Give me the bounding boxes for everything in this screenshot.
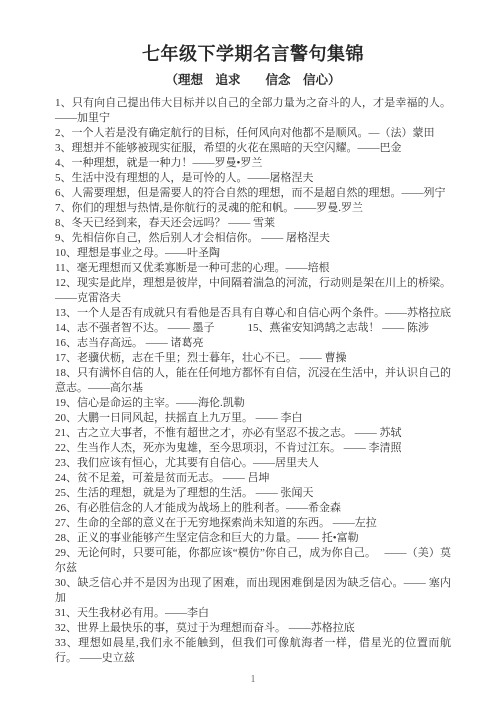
- quote-item: 6、人需要理想，但是需要人的符合自然的理想，而不是超自然的理想。——列宁: [55, 186, 451, 201]
- quote-item: 9、先相信你自己，然后别人才会相信你。 —— 屠格涅夫: [55, 231, 451, 246]
- quote-item: 22、生当作人杰，死亦为鬼雄，至今思项羽，不肯过江东。 —— 李清照: [55, 441, 451, 456]
- quote-item: 5、生活中没有理想的人，是可怜的人。——屠格涅夫: [55, 171, 451, 186]
- quote-item: 29、无论何时，只要可能，你都应该“模仿”你自己，成为你自己。 ——（美）莫尔兹: [55, 546, 451, 576]
- quote-item: 25、生活的理想，就是为了理想的生活。 —— 张闻天: [55, 486, 451, 501]
- page-title: 七年级下学期名言警句集锦: [55, 42, 451, 66]
- quote-item: 11、毫无理想而又优柔寡断是一种可悲的心理。——培根: [55, 261, 451, 276]
- quote-item: 31、天生我材必有用。——李白: [55, 606, 451, 621]
- quote-item: 13、一个人是否有成就只有看他是否具有自尊心和自信心两个条件。——苏格拉底: [55, 306, 451, 321]
- quote-item: 19、信心是命运的主宰。——海伦.凯勒: [55, 396, 451, 411]
- quote-item: 17、老骥伏枥，志在千里；烈士暮年，壮心不已。 —— 曹操: [55, 351, 451, 366]
- quote-item: 14、志不强者智不达。 —— 墨子 15、燕雀安知鸿鹄之志哉！ —— 陈涉: [55, 321, 451, 336]
- quote-item: 2、一个人若是没有确定航行的目标，任何风向对他都不是顺风。—（法）蒙田: [55, 126, 451, 141]
- quote-item: 4、一种理想，就是一种力！——罗曼•罗兰: [55, 156, 451, 171]
- quote-item: 8、冬天已经到来，春天还会远吗？ —— 雪莱: [55, 216, 451, 231]
- quote-item: 12、现实是此岸，理想是彼岸，中间隔着湍急的河流，行动则是架在川上的桥梁。——克…: [55, 276, 451, 306]
- quote-item: 30、缺乏信心并不是因为出现了困难，而出现困难倒是因为缺乏信心。—— 塞内加: [55, 576, 451, 606]
- quote-item: 16、志当存高远。 —— 诸葛亮: [55, 336, 451, 351]
- quote-item: 27、生命的全部的意义在于无穷地探索尚未知道的东西。 ——左拉: [55, 516, 451, 531]
- quote-item: 21、古之立大事者，不惟有超世之才，亦必有坚忍不拔之志。 —— 苏轼: [55, 426, 451, 441]
- quote-item: 1、只有向自己提出伟大目标并以自己的全部力量为之奋斗的人，才是幸福的人。 ——加…: [55, 96, 451, 126]
- quote-item: 10、理想是事业之母。——叶圣陶: [55, 246, 451, 261]
- quote-item: 28、正义的事业能够产生坚定信念和巨大的力量。—— 托•富勒: [55, 531, 451, 546]
- quote-item: 24、贫不足羞，可羞是贫而无志。 —— 吕坤: [55, 471, 451, 486]
- quote-item: 32、世界上最快乐的事，莫过于为理想而奋斗。 ——苏格拉底: [55, 621, 451, 636]
- document-page: 七年级下学期名言警句集锦 （理想 追求 信念 信心） 1、只有向自己提出伟大目标…: [0, 0, 500, 707]
- quote-item: 7、你们的理想与热情,是你航行的灵魂的舵和帆。——罗曼.罗兰: [55, 201, 451, 216]
- quote-item: 3、理想并不能够被现实征服，希望的火花在黑暗的天空闪耀。——巴金: [55, 141, 451, 156]
- quote-item: 18、只有满怀自信的人，能在任何地方都怀有自信，沉浸在生活中，并认识自己的意志。…: [55, 366, 451, 396]
- page-subtitle: （理想 追求 信念 信心）: [55, 72, 451, 88]
- quote-item: 33、理想如晨星,我们永不能触到，但我们可像航海者一样，借星光的位置而航行。 —…: [55, 636, 451, 666]
- page-number: 1: [55, 673, 451, 686]
- quote-item: 23、我们应该有恒心，尤其要有自信心。——居里夫人: [55, 456, 451, 471]
- quote-item: 26、有必胜信念的人才能成为战场上的胜利者。——希金森: [55, 501, 451, 516]
- quote-list: 1、只有向自己提出伟大目标并以自己的全部力量为之奋斗的人，才是幸福的人。 ——加…: [55, 96, 451, 666]
- quote-item: 20、大鹏一日同风起，扶摇直上九万里。 —— 李白: [55, 411, 451, 426]
